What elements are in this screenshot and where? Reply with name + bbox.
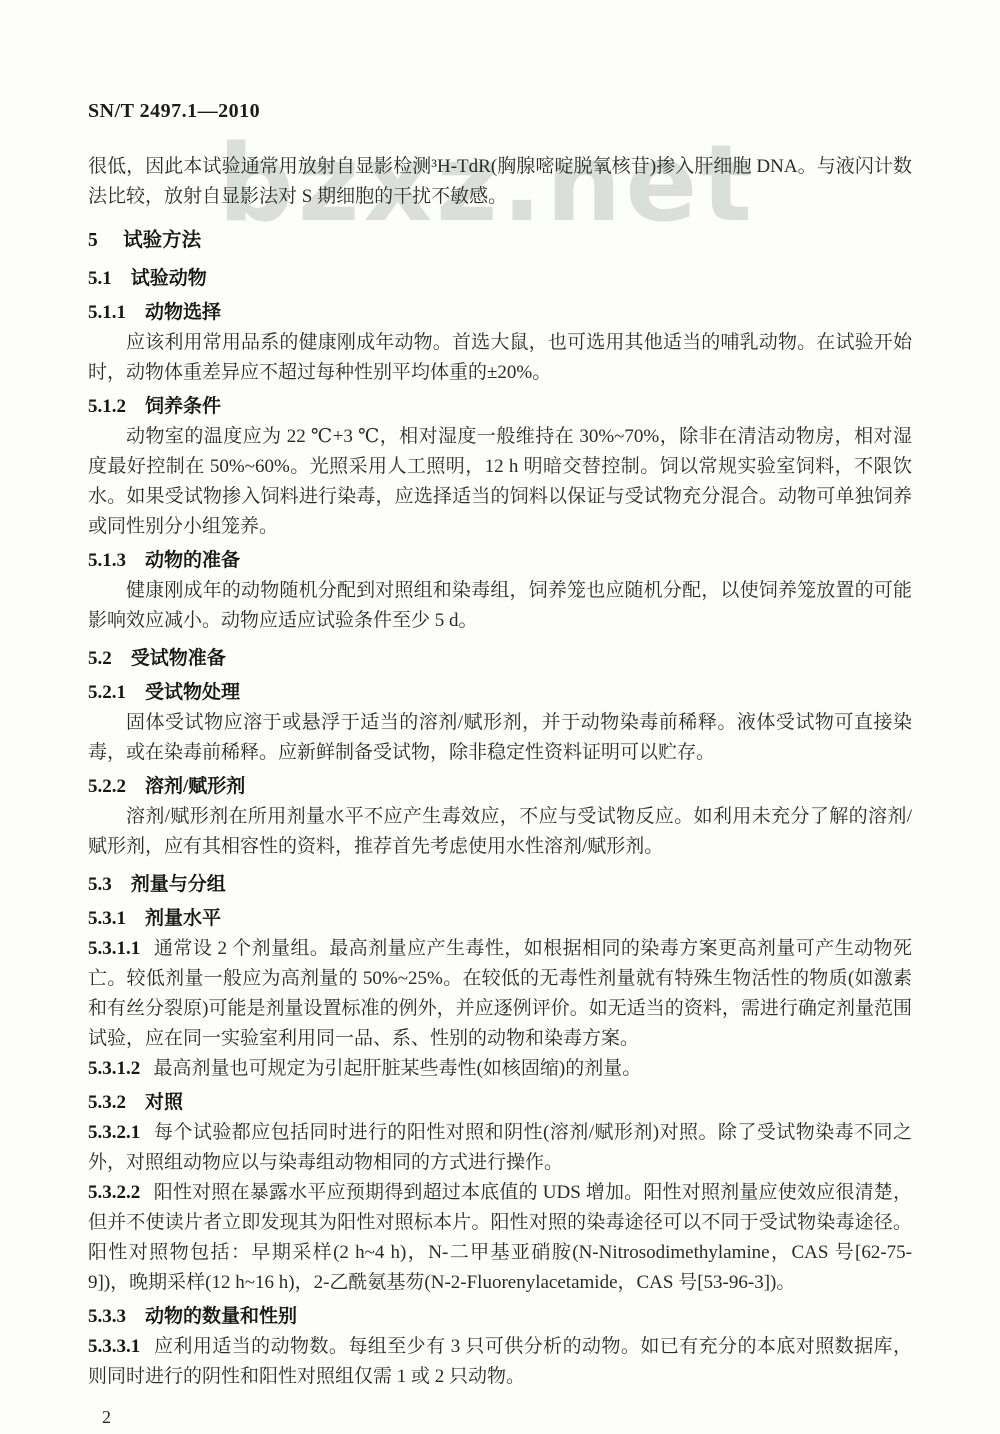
- clause-number: 5.3.1.2: [88, 1058, 140, 1079]
- heading-5-1-2: 5.1.2饲养条件: [88, 392, 912, 422]
- heading-5-3: 5.3剂量与分组: [88, 870, 912, 900]
- clause-number: 5.3.3.1: [88, 1336, 140, 1357]
- document-page: bzxz.net SN/T 2497.1—2010 很低，因此本试验通常用放射自…: [0, 0, 1000, 1434]
- clause-number: 5.3.2.2: [88, 1182, 140, 1203]
- heading-number: 5.1.3: [88, 550, 126, 571]
- heading-5-2: 5.2受试物准备: [88, 644, 912, 674]
- heading-title: 受试物准备: [131, 648, 226, 669]
- clause-text: 最高剂量也可规定为引起肝脏某些毒性(如核固缩)的剂量。: [154, 1058, 642, 1079]
- heading-5-1-3: 5.1.3动物的准备: [88, 546, 912, 576]
- heading-number: 5.2.2: [88, 776, 126, 797]
- heading-title: 动物的准备: [145, 550, 240, 571]
- heading-number: 5.2: [88, 648, 112, 669]
- heading-number: 5.3.2: [88, 1092, 126, 1113]
- heading-title: 试验动物: [131, 268, 207, 289]
- heading-5-2-2: 5.2.2溶剂/赋形剂: [88, 772, 912, 802]
- clause-text: 通常设 2 个剂量组。最高剂量应产生毒性，如根据相同的染毒方案更高剂量可产生动物…: [88, 938, 912, 1049]
- clause-text: 每个试验都应包括同时进行的阳性对照和阴性(溶剂/赋形剂)对照。除了受试物染毒不同…: [88, 1122, 912, 1173]
- heading-5-1-1: 5.1.1动物选择: [88, 298, 912, 328]
- clause-5-3-1-2: 5.3.1.2最高剂量也可规定为引起肝脏某些毒性(如核固缩)的剂量。: [88, 1054, 912, 1084]
- page-content: SN/T 2497.1—2010 很低，因此本试验通常用放射自显影检测³H-Td…: [0, 0, 1000, 1432]
- clause-5-3-2-2: 5.3.2.2阳性对照在暴露水平应预期得到超过本底值的 UDS 增加。阳性对照剂…: [88, 1178, 912, 1298]
- paragraph-5-2-1: 固体受试物应溶于或悬浮于适当的溶剂/赋形剂，并于动物染毒前稀释。液体受试物可直接…: [88, 708, 912, 768]
- heading-title: 饲养条件: [145, 396, 221, 417]
- paragraph-5-1-1: 应该利用常用品系的健康刚成年动物。首选大鼠，也可选用其他适当的哺乳动物。在试验开…: [88, 328, 912, 388]
- heading-number: 5.3: [88, 874, 112, 895]
- heading-title: 受试物处理: [145, 682, 240, 703]
- paragraph-5-1-2: 动物室的温度应为 22 ℃+3 ℃，相对湿度一般维持在 30%~70%，除非在清…: [88, 422, 912, 542]
- page-number: 2: [88, 1402, 912, 1432]
- clause-5-3-3-1: 5.3.3.1应利用适当的动物数。每组至少有 3 只可供分析的动物。如已有充分的…: [88, 1332, 912, 1392]
- intro-paragraph: 很低，因此本试验通常用放射自显影检测³H-TdR(胸腺嘧啶脱氧核苷)掺入肝细胞 …: [88, 152, 912, 212]
- clause-5-3-1-1: 5.3.1.1通常设 2 个剂量组。最高剂量应产生毒性，如根据相同的染毒方案更高…: [88, 934, 912, 1054]
- clause-5-3-2-1: 5.3.2.1每个试验都应包括同时进行的阳性对照和阴性(溶剂/赋形剂)对照。除了…: [88, 1118, 912, 1178]
- heading-title: 动物选择: [145, 302, 221, 323]
- heading-5-1: 5.1试验动物: [88, 264, 912, 294]
- heading-number: 5.1.2: [88, 396, 126, 417]
- clause-text: 阳性对照在暴露水平应预期得到超过本底值的 UDS 增加。阳性对照剂量应使效应很清…: [88, 1182, 912, 1293]
- heading-5-2-1: 5.2.1受试物处理: [88, 678, 912, 708]
- heading-number: 5.3.1: [88, 908, 126, 929]
- heading-title: 溶剂/赋形剂: [145, 776, 245, 797]
- heading-title: 试验方法: [123, 230, 201, 251]
- heading-title: 动物的数量和性别: [145, 1306, 297, 1327]
- clause-text: 应利用适当的动物数。每组至少有 3 只可供分析的动物。如已有充分的本底对照数据库…: [88, 1336, 912, 1387]
- clause-number: 5.3.2.1: [88, 1122, 140, 1143]
- heading-title: 对照: [145, 1092, 183, 1113]
- heading-5-3-1: 5.3.1剂量水平: [88, 904, 912, 934]
- heading-number: 5.1.1: [88, 302, 126, 323]
- heading-number: 5: [88, 230, 98, 251]
- clause-number: 5.3.1.1: [88, 938, 140, 959]
- heading-title: 剂量与分组: [131, 874, 226, 895]
- standard-number: SN/T 2497.1—2010: [88, 96, 912, 126]
- heading-number: 5.1: [88, 268, 112, 289]
- heading-5: 5试验方法: [88, 226, 912, 256]
- heading-5-3-3: 5.3.3动物的数量和性别: [88, 1302, 912, 1332]
- heading-number: 5.3.3: [88, 1306, 126, 1327]
- heading-title: 剂量水平: [145, 908, 221, 929]
- paragraph-5-2-2: 溶剂/赋形剂在所用剂量水平不应产生毒效应，不应与受试物反应。如利用未充分了解的溶…: [88, 802, 912, 862]
- heading-5-3-2: 5.3.2对照: [88, 1088, 912, 1118]
- paragraph-5-1-3: 健康刚成年的动物随机分配到对照组和染毒组，饲养笼也应随机分配，以使饲养笼放置的可…: [88, 576, 912, 636]
- heading-number: 5.2.1: [88, 682, 126, 703]
